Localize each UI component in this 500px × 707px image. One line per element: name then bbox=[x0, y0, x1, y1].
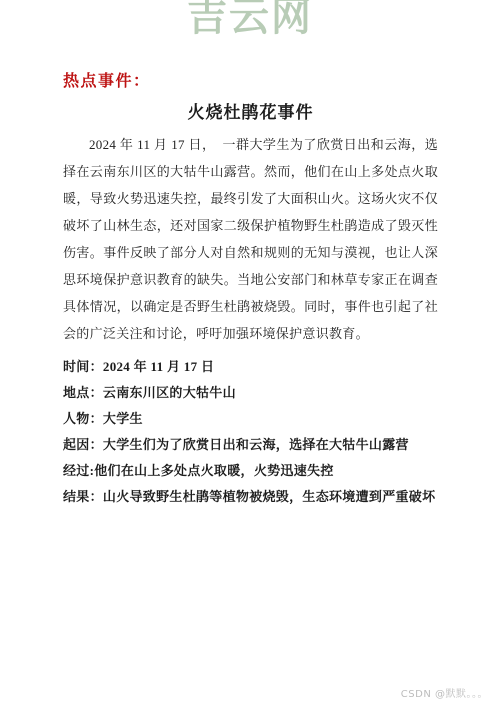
fact-label: 起因： bbox=[63, 437, 103, 452]
fact-value: 云南东川区的大牯牛山 bbox=[103, 385, 236, 400]
fact-label: 经过: bbox=[63, 463, 94, 478]
fact-value: 山火导致野生杜鹃等植物被烧毁，生态环境遭到严重破坏 bbox=[103, 489, 436, 504]
fact-row-people: 人物：大学生 bbox=[63, 406, 438, 432]
section-heading: 热点事件： bbox=[63, 71, 438, 92]
fact-row-cause: 起因：大学生们为了欣赏日出和云海，选择在大牯牛山露营 bbox=[63, 432, 438, 458]
csdn-watermark-text: CSDN @默默。。。 bbox=[401, 685, 488, 700]
document-page: 吉云网 热点事件： 火烧杜鹃花事件 2024 年 11 月 17 日， 一群大学… bbox=[0, 0, 500, 707]
fact-label: 人物： bbox=[63, 411, 103, 426]
document-content: 热点事件： 火烧杜鹃花事件 2024 年 11 月 17 日， 一群大学生为了欣… bbox=[63, 0, 438, 510]
fact-row-result: 结果：山火导致野生杜鹃等植物被烧毁，生态环境遭到严重破坏 bbox=[63, 484, 438, 510]
fact-label: 地点： bbox=[63, 385, 103, 400]
fact-row-location: 地点：云南东川区的大牯牛山 bbox=[63, 380, 438, 406]
fact-label: 结果： bbox=[63, 489, 103, 504]
fact-list: 时间：2024 年 11 月 17 日 地点：云南东川区的大牯牛山 人物：大学生… bbox=[63, 354, 438, 510]
fact-value: 大学生们为了欣赏日出和云海，选择在大牯牛山露营 bbox=[103, 437, 409, 452]
body-paragraph: 2024 年 11 月 17 日， 一群大学生为了欣赏日出和云海，选择在云南东川… bbox=[63, 131, 438, 347]
fact-row-process: 经过:他们在山上多处点火取暖，火势迅速失控 bbox=[63, 458, 438, 484]
fact-value: 大学生 bbox=[103, 411, 143, 426]
fact-label: 时间： bbox=[63, 359, 103, 374]
fact-row-time: 时间：2024 年 11 月 17 日 bbox=[63, 354, 438, 380]
fact-value: 2024 年 11 月 17 日 bbox=[103, 359, 214, 374]
fact-value: 他们在山上多处点火取暖，火势迅速失控 bbox=[94, 463, 333, 478]
document-title: 火烧杜鹃花事件 bbox=[63, 101, 438, 124]
